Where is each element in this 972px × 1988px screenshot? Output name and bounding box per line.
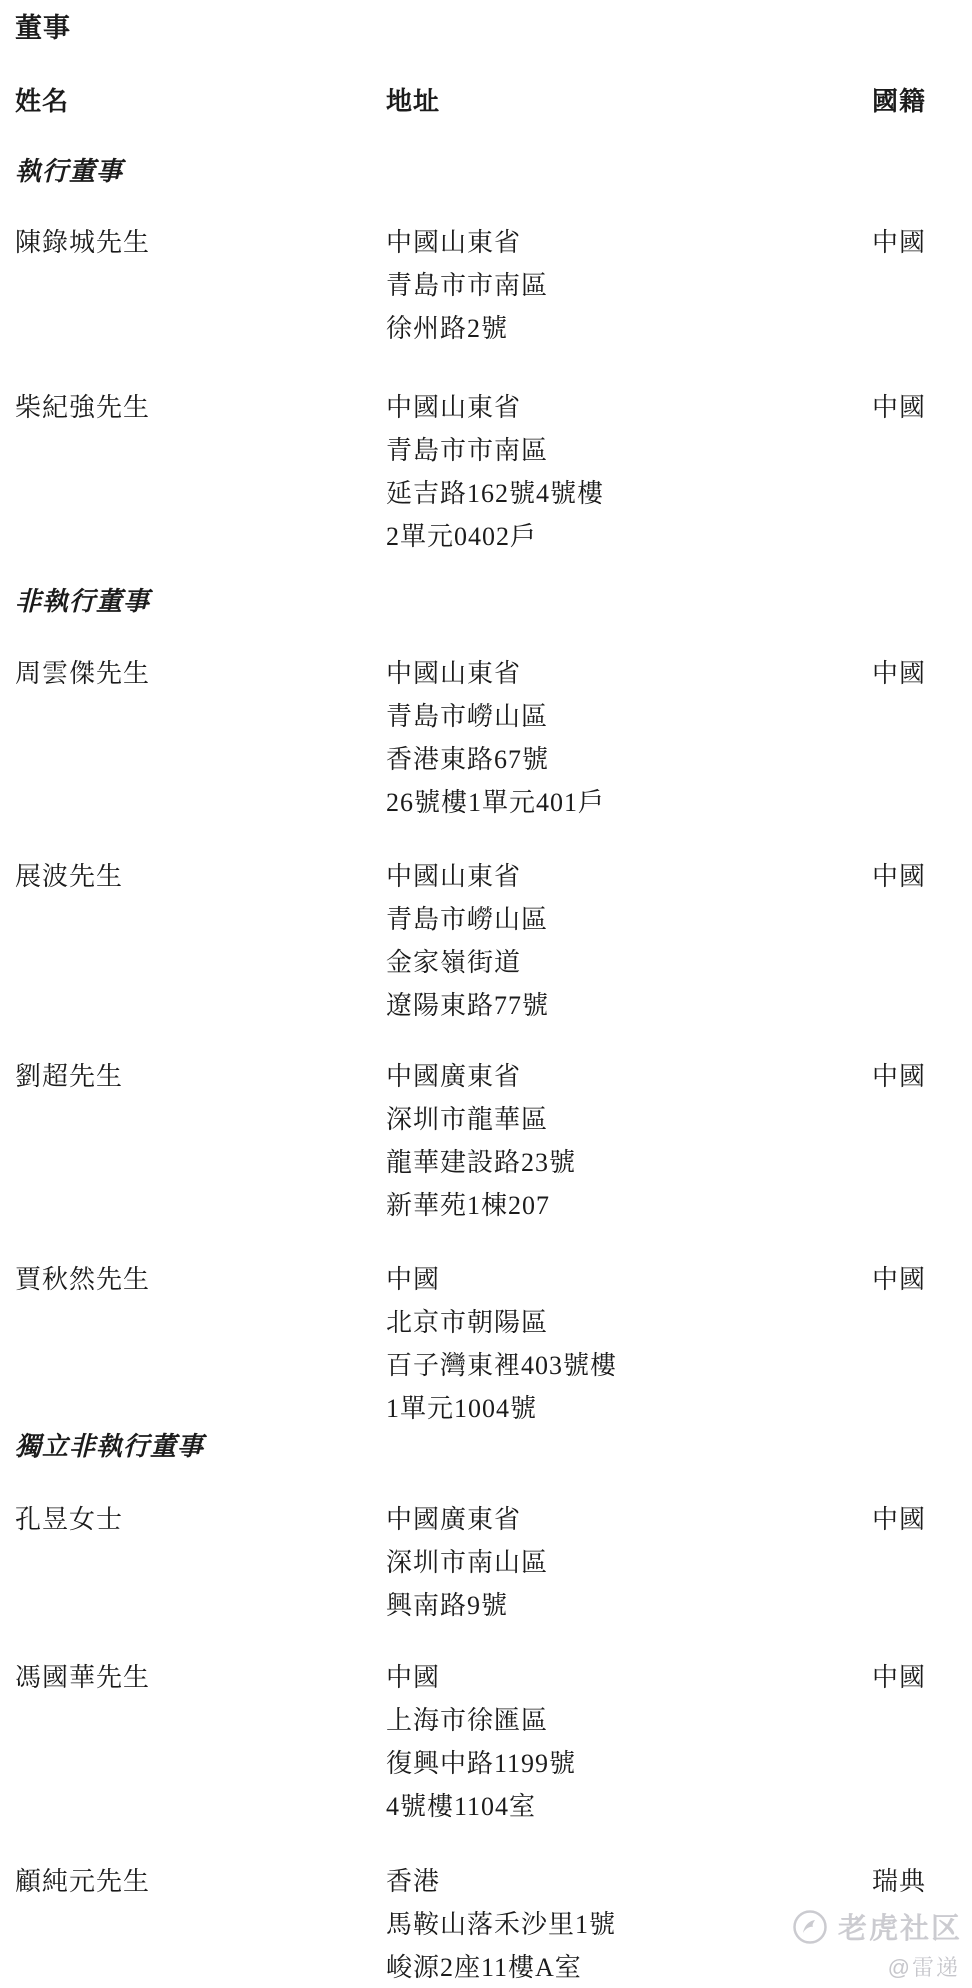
watermark: 老虎社区 @雷递: [792, 1906, 962, 1982]
director-name: 周雲傑先生: [15, 652, 386, 695]
column-header-nationality: 國籍: [872, 81, 972, 118]
table-row: 陳錄城先生 中國山東省 青島市市南區 徐州路2號 中國: [15, 221, 972, 350]
table-row: 周雲傑先生 中國山東省 青島市嶗山區 香港東路67號 26號樓1單元401戶 中…: [15, 652, 972, 824]
director-nationality: 瑞典: [872, 1860, 972, 1903]
table-row: 馮國華先生 中國 上海市徐匯區 復興中路1199號 4號樓1104室 中國: [15, 1656, 972, 1828]
table-row: 展波先生 中國山東省 青島市嶗山區 金家嶺街道 遼陽東路77號 中國: [15, 855, 972, 1027]
table-row: 賈秋然先生 中國 北京市朝陽區 百子灣東裡403號樓 1單元1004號 中國: [15, 1258, 972, 1430]
director-address: 中國山東省 青島市嶗山區 香港東路67號 26號樓1單元401戶: [386, 652, 872, 824]
director-name: 賈秋然先生: [15, 1258, 386, 1301]
director-address: 中國廣東省 深圳市龍華區 龍華建設路23號 新華苑1棟207: [386, 1055, 872, 1227]
table-row: 孔昱女士 中國廣東省 深圳市南山區 興南路9號 中國: [15, 1498, 972, 1627]
director-name: 馮國華先生: [15, 1656, 386, 1699]
director-nationality: 中國: [872, 1656, 972, 1699]
table-header-row: 姓名 地址 國籍: [15, 81, 972, 118]
tiger-community-logo-icon: [792, 1909, 828, 1945]
column-header-address: 地址: [386, 81, 872, 118]
director-address: 中國 上海市徐匯區 復興中路1199號 4號樓1104室: [386, 1656, 872, 1828]
column-header-name: 姓名: [15, 81, 386, 118]
table-row: 劉超先生 中國廣東省 深圳市龍華區 龍華建設路23號 新華苑1棟207 中國: [15, 1055, 972, 1227]
director-name: 孔昱女士: [15, 1498, 386, 1541]
page-title: 董事: [15, 6, 972, 45]
director-name: 柴紀強先生: [15, 386, 386, 429]
director-nationality: 中國: [872, 1258, 972, 1301]
director-name: 陳錄城先生: [15, 221, 386, 264]
director-address: 中國山東省 青島市市南區 徐州路2號: [386, 221, 872, 350]
section-label-executive-directors: 執行董事: [15, 151, 972, 188]
director-name: 展波先生: [15, 855, 386, 898]
director-nationality: 中國: [872, 1055, 972, 1098]
director-name: 顧純元先生: [15, 1860, 386, 1903]
director-nationality: 中國: [872, 1498, 972, 1541]
watermark-brand-text: 老虎社区: [838, 1906, 962, 1947]
director-address: 中國廣東省 深圳市南山區 興南路9號: [386, 1498, 872, 1627]
watermark-handle-text: @雷递: [792, 1951, 960, 1982]
table-row: 柴紀強先生 中國山東省 青島市市南區 延吉路162號4號樓 2單元0402戶 中…: [15, 386, 972, 558]
director-nationality: 中國: [872, 386, 972, 429]
director-name: 劉超先生: [15, 1055, 386, 1098]
director-nationality: 中國: [872, 221, 972, 264]
director-address: 中國 北京市朝陽區 百子灣東裡403號樓 1單元1004號: [386, 1258, 872, 1430]
section-label-non-executive-directors: 非執行董事: [15, 581, 972, 618]
section-label-independent-non-executive-directors: 獨立非執行董事: [15, 1426, 972, 1463]
director-address: 中國山東省 青島市嶗山區 金家嶺街道 遼陽東路77號: [386, 855, 872, 1027]
director-nationality: 中國: [872, 855, 972, 898]
director-nationality: 中國: [872, 652, 972, 695]
director-address: 中國山東省 青島市市南區 延吉路162號4號樓 2單元0402戶: [386, 386, 872, 558]
